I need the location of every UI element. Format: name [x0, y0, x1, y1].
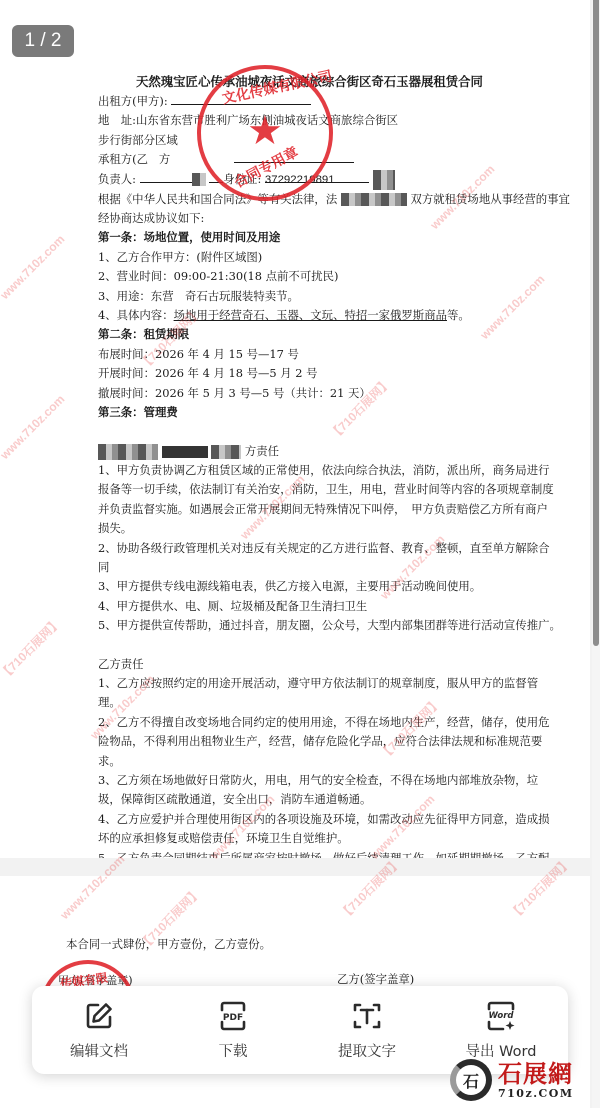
party-b-item: 3、乙方须在场地做好日常防火，用电，用气的安全检查，不得在场地内部堆放杂物，垃圾…: [98, 771, 558, 810]
redacted-name: [192, 173, 206, 186]
article-2-item: 布展时间：2026 年 4 月 15 号—17 号: [98, 345, 558, 364]
scrollbar[interactable]: [592, 0, 600, 1108]
article-2-item: 撤展时间：2026 年 5 月 3 号—5 号（共计：21 天）: [98, 384, 558, 403]
document-page-1: 天然瑰宝匠心传承油城夜话文商旅综合街区奇石玉器展租赁合同 出租方(甲方): 地 …: [0, 0, 590, 858]
extract-text-button[interactable]: 提取文字: [312, 1000, 422, 1061]
article-2-item: 开展时间：2026 年 4 月 18 号—5 月 2 号: [98, 364, 558, 383]
export-word-icon: Word: [485, 1000, 517, 1032]
intro-line-1: 根据《中华人民共和国合同法》等有关法律，法 双方就租赁场地从事经营的事宜: [98, 190, 558, 209]
party-b-item: 5、乙方负责合同期结束后所属商家按时撤场，做好后续清理工作，如延期期撤场，乙方配…: [98, 849, 558, 858]
article-3-title: 第三条：管理费: [98, 403, 558, 422]
svg-text:Word: Word: [488, 1011, 514, 1021]
extract-text-icon: [351, 1000, 383, 1032]
scrollbar-thumb[interactable]: [593, 0, 599, 646]
party-b-signature-label: 乙方(签字盖章): [337, 971, 414, 987]
party-b-item: 4、乙方应爱护并合理使用街区内的各项设施及环境，如需改动应先征得甲方同意，造成损…: [98, 810, 558, 849]
document-viewer[interactable]: 天然瑰宝匠心传承油城夜话文商旅综合街区奇石玉器展租赁合同 出租方(甲方): 地 …: [0, 0, 600, 1108]
copies-text: 本合同一式肆份，甲方壹份，乙方壹份。: [66, 936, 271, 952]
edit-document-button[interactable]: 编辑文档: [44, 1000, 154, 1061]
redacted-id: [373, 170, 395, 190]
pdf-download-icon: PDF: [217, 1000, 249, 1032]
article-1-item: 4、具体内容：场地用于经营奇石、玉器、文玩、特招一家俄罗斯商品等。: [98, 306, 558, 325]
article-1-item: 2、营业时间：09:00-21:30(18 点前不可扰民): [98, 267, 558, 286]
party-a-item: 1、甲方负责协调乙方租赁区域的正常使用，依法向综合执法，消防，派出所，商务局进行…: [98, 461, 558, 539]
redacted-fee-area: [98, 423, 558, 442]
party-a-item: 2、协助各级行政管理机关对违反有关规定的乙方进行监督、教育、整顿，直至单方解除合…: [98, 539, 558, 578]
party-b-item: 1、乙方应按照约定的用途开展活动，遵守甲方依法制订的规章制度，服从甲方的监督管理…: [98, 674, 558, 713]
star-icon: ★: [247, 111, 283, 151]
download-button[interactable]: PDF 下载: [178, 1000, 288, 1061]
brand-logo: 石 石展網 710z.COM: [450, 1052, 600, 1108]
svg-text:PDF: PDF: [223, 1013, 243, 1023]
page-counter: 1 / 2: [12, 25, 74, 57]
article-4-title: 方责任: [98, 442, 558, 461]
article-2-title: 第二条：租赁期限: [98, 325, 558, 344]
brand-logo-icon: 石: [450, 1059, 492, 1101]
company-seal-stamp: 文化传媒有限公司 ★ 合同专用章: [197, 65, 333, 201]
article-1-item: 3、用途：东营 奇石古玩服装特卖节。: [98, 287, 558, 306]
party-b-item: 2、乙方不得擅自改变场地合同约定的使用用途，不得在场地内生产，经营，储存，使用危…: [98, 713, 558, 771]
party-a-item: 5、甲方提供宣传帮助，通过抖音，朋友圈，公众号，大型内部集团群等进行活动宣传推广…: [98, 616, 558, 635]
contract-title: 天然瑰宝匠心传承油城夜话文商旅综合街区奇石玉器展租赁合同: [136, 72, 558, 92]
intro-line-2: 经协商达成协议如下:: [98, 209, 558, 228]
edit-icon: [83, 1000, 115, 1032]
contract-body: 天然瑰宝匠心传承油城夜话文商旅综合街区奇石玉器展租赁合同 出租方(甲方): 地 …: [98, 72, 558, 858]
redacted-intro: [341, 193, 407, 206]
party-a-item: 4、甲方提供水、电、厕、垃圾桶及配备卫生清扫卫生: [98, 597, 558, 616]
party-b-title: 乙方责任: [98, 655, 558, 674]
party-a-item: 3、甲方提供专线电源线箱电表，供乙方接入电源，主要用于活动晚间使用。: [98, 577, 558, 596]
article-1-title: 第一条：场地位置，使用时间及用途: [98, 228, 558, 247]
article-1-item: 1、乙方合作甲方：(附件区域图): [98, 248, 558, 267]
contact-line: 负责人: 身份证: 37292219891: [98, 170, 558, 190]
